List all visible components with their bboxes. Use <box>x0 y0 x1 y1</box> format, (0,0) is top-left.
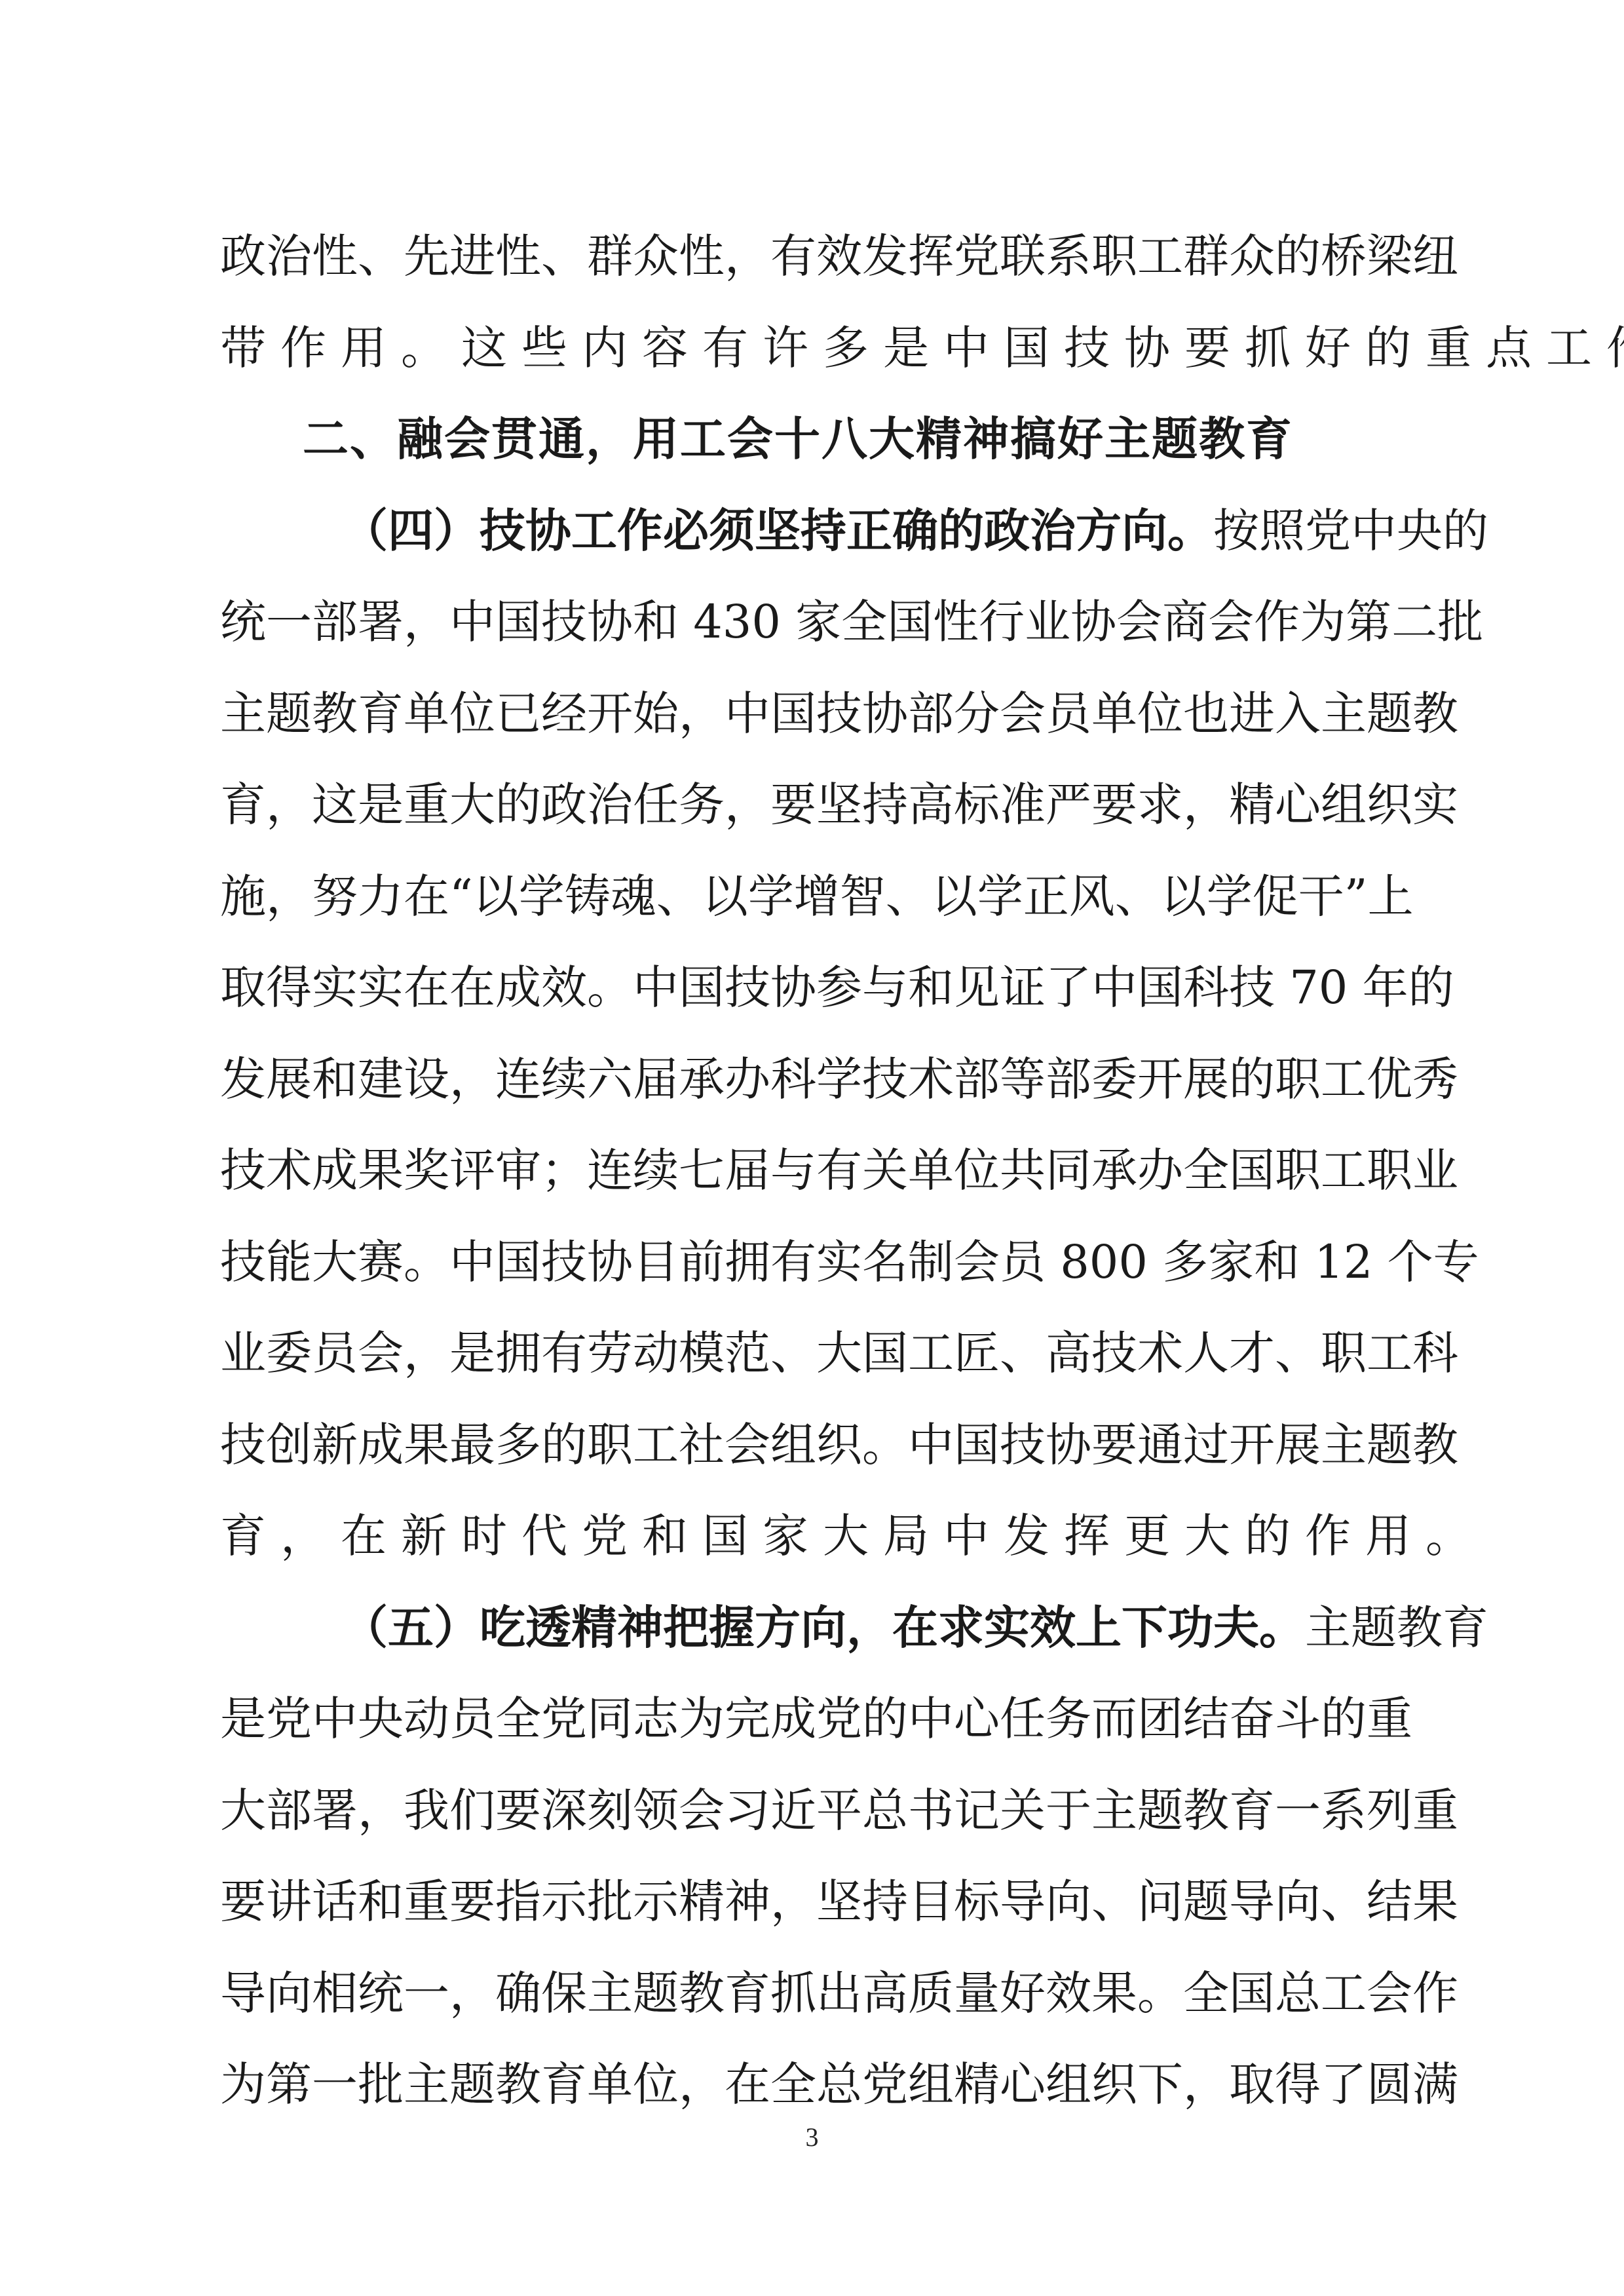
subsection-line: （五）吃透精神把握方向，在求实效上下功夫。主题教育 <box>220 1582 1380 1674</box>
paragraph-line: 业委员会，是拥有劳动模范、大国工匠、高技术人才、职工科 <box>220 1308 1380 1400</box>
paragraph-line: 育，这是重大的政治任务，要坚持高标准严要求，精心组织实 <box>220 759 1380 851</box>
paragraph-line: 主题教育单位已经开始，中国技协部分会员单位也进入主题教 <box>220 668 1380 760</box>
paragraph-line: 统一部署，中国技协和 430 家全国性行业协会商会作为第二批 <box>220 577 1380 668</box>
paragraph-line: 发展和建设，连续六届承办科学技术部等部委开展的职工优秀 <box>220 1034 1380 1126</box>
paragraph-line: 要讲话和重要指示批示精神，坚持目标导向、问题导向、结果 <box>220 1856 1380 1948</box>
subsection-title: （四）技协工作必须坚持正确的政治方向。 <box>342 504 1213 558</box>
page-number: 3 <box>0 2122 1624 2152</box>
paragraph-line: 带作用。这些内容有许多是中国技协要抓好的重点工作。 <box>220 303 1380 394</box>
paragraph-line: 为第一批主题教育单位，在全总党组精心组织下，取得了圆满 <box>220 2039 1380 2131</box>
paragraph-line: 是党中央动员全党同志为完成党的中心任务而团结奋斗的重 <box>220 1674 1380 1765</box>
paragraph-line: 技创新成果最多的职工社会组织。中国技协要通过开展主题教 <box>220 1400 1380 1491</box>
paragraph-text: 按照党中央的 <box>1213 504 1488 558</box>
paragraph-line: 取得实实在在成效。中国技协参与和见证了中国科技 70 年的 <box>220 942 1380 1034</box>
section-heading: 二、融会贯通，用工会十八大精神搞好主题教育 <box>220 394 1380 486</box>
body-text: 政治性、先进性、群众性，有效发挥党联系职工群众的桥梁纽 带作用。这些内容有许多是… <box>220 211 1380 2131</box>
paragraph-line: 施，努力在“以学铸魂、以学增智、以学正风、以学促干”上 <box>220 851 1380 943</box>
subsection-title: （五）吃透精神把握方向，在求实效上下功夫。 <box>342 1601 1305 1655</box>
paragraph-line: 大部署，我们要深刻领会习近平总书记关于主题教育一系列重 <box>220 1765 1380 1857</box>
document-page: 政治性、先进性、群众性，有效发挥党联系职工群众的桥梁纽 带作用。这些内容有许多是… <box>0 0 1624 2296</box>
subsection-line: （四）技协工作必须坚持正确的政治方向。按照党中央的 <box>220 486 1380 577</box>
paragraph-line: 技术成果奖评审；连续七届与有关单位共同承办全国职工职业 <box>220 1125 1380 1217</box>
paragraph-line: 育，在新时代党和国家大局中发挥更大的作用。 <box>220 1491 1380 1582</box>
paragraph-text: 主题教育 <box>1305 1601 1488 1655</box>
paragraph-line: 导向相统一，确保主题教育抓出高质量好效果。全国总工会作 <box>220 1948 1380 2040</box>
paragraph-line: 政治性、先进性、群众性，有效发挥党联系职工群众的桥梁纽 <box>220 211 1380 303</box>
paragraph-line: 技能大赛。中国技协目前拥有实名制会员 800 多家和 12 个专 <box>220 1217 1380 1309</box>
